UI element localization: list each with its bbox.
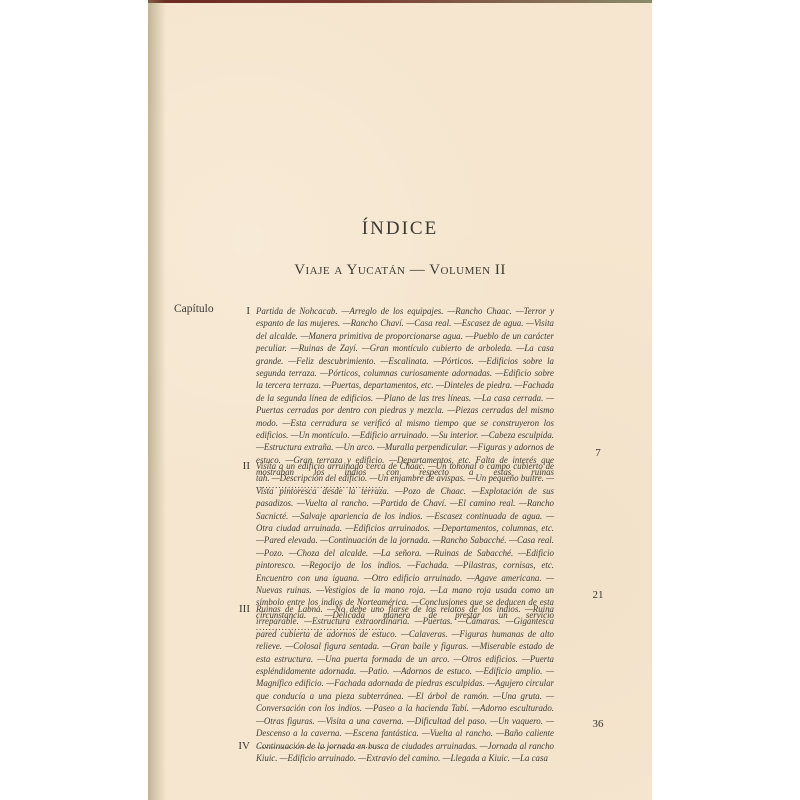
chapter-numeral: I [246,305,250,317]
chapter-numeral: IV [238,740,250,752]
chapter-numeral: III [239,603,250,615]
page-top-edge [148,0,652,3]
chapter-column-label: Capítulo [174,303,214,315]
chapter-numeral: II [243,460,250,472]
volume-subtitle: Viaje a Yucatán — Volumen II [148,262,652,279]
page-number: 7 [578,447,618,459]
gutter-shadow [148,0,166,800]
page-number: 21 [578,589,618,601]
page-title: ÍNDICE [148,218,652,240]
chapter-summary: Ruinas de Labná. —No debe uno fiarse de … [256,603,554,752]
chapter-summary: Continuación de la jornada en busca de c… [256,740,554,765]
page-number: 36 [578,718,618,730]
book-page: ÍNDICE Viaje a Yucatán — Volumen II Capí… [148,0,652,800]
